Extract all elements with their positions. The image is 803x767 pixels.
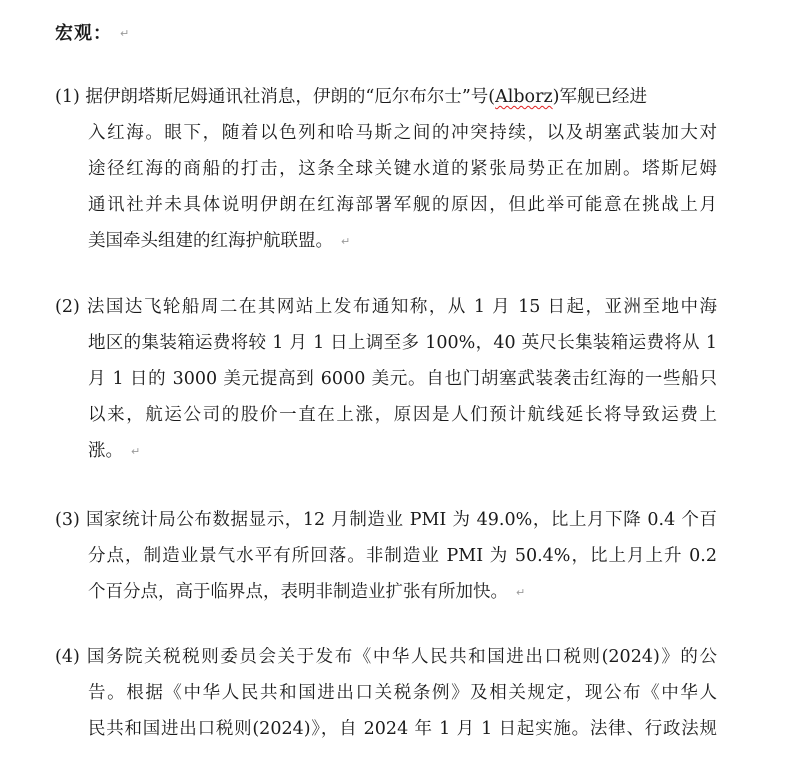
- paragraph-1[interactable]: (1) 据伊朗塔斯尼姆通讯社消息，伊朗的“厄尔布尔士”号(Alborz)军舰已经…: [55, 79, 717, 259]
- line-text: 据伊朗塔斯尼姆通讯社消息，伊朗的“厄尔布尔士”号: [85, 87, 488, 107]
- line-text: 法国达飞轮船周二在其网站上发布通知称，从 1 月 15 日起，亚洲至地中海: [87, 297, 717, 317]
- paragraph-line: (1) 据伊朗塔斯尼姆通讯社消息，伊朗的“厄尔布尔士”号(Alborz)军舰已经…: [55, 79, 717, 115]
- paragraph-line: (4) 国务院关税税则委员会关于发布《中华人民共和国进出口税则(2024)》的公: [55, 639, 717, 675]
- paragraph-number: (3): [55, 510, 80, 530]
- line-text: 国务院关税税则委员会关于发布《中华人民共和国进出口税则(2024)》的公: [87, 647, 717, 667]
- paragraph-mark-icon: ↵: [120, 27, 130, 40]
- paragraph-line: 地区的集装箱运费将较 1 月 1 日上调至多 100%，40 英尺长集装箱运费将…: [55, 325, 717, 361]
- paragraph-number: (2): [55, 297, 80, 317]
- paragraph-line: 途径红海的商船的打击，这条全球关键水道的紧张局势正在加剧。塔斯尼姆: [55, 151, 717, 187]
- paragraph-line: 入红海。眼下，随着以色列和哈马斯之间的冲突持续，以及胡塞武装加大对: [55, 115, 717, 151]
- paragraph-line: 美国牵头组建的红海护航联盟。↵: [55, 223, 717, 259]
- spellcheck-flagged-word[interactable]: Alborz: [495, 87, 553, 107]
- document-page: 宏观：↵ (1) 据伊朗塔斯尼姆通讯社消息，伊朗的“厄尔布尔士”号(Alborz…: [0, 0, 803, 767]
- heading-text: 宏观：: [55, 23, 112, 44]
- section-heading: 宏观：↵: [55, 20, 130, 48]
- paragraph-line: 分点，制造业景气水平有所回落。非制造业 PMI 为 50.4%，比上月上升 0.…: [55, 538, 717, 574]
- paragraph-3[interactable]: (3) 国家统计局公布数据显示，12 月制造业 PMI 为 49.0%，比上月下…: [55, 502, 717, 610]
- paragraph-number: (1): [55, 87, 80, 107]
- paragraph-2[interactable]: (2) 法国达飞轮船周二在其网站上发布通知称，从 1 月 15 日起，亚洲至地中…: [55, 289, 717, 469]
- paragraph-number: (4): [55, 647, 80, 667]
- paragraph-line: 通讯社并未具体说明伊朗在红海部署军舰的原因，但此举可能意在挑战上月: [55, 187, 717, 223]
- paragraph-line: (3) 国家统计局公布数据显示，12 月制造业 PMI 为 49.0%，比上月下…: [55, 502, 717, 538]
- paragraph-4[interactable]: (4) 国务院关税税则委员会关于发布《中华人民共和国进出口税则(2024)》的公…: [55, 639, 717, 747]
- paragraph-line: 月 1 日的 3000 美元提高到 6000 美元。自也门胡塞武装袭击红海的一些…: [55, 361, 717, 397]
- paragraph-line: 个百分点，高于临界点，表明非制造业扩张有所加快。↵: [55, 574, 717, 610]
- line-text: 国家统计局公布数据显示，12 月制造业 PMI 为 49.0%，比上月下降 0.…: [86, 510, 717, 530]
- paragraph-mark-icon: ↵: [131, 445, 140, 458]
- paragraph-line: 涨。↵: [55, 433, 717, 469]
- paragraph-mark-icon: ↵: [341, 235, 350, 248]
- paragraph-line: (2) 法国达飞轮船周二在其网站上发布通知称，从 1 月 15 日起，亚洲至地中…: [55, 289, 717, 325]
- paragraph-mark-icon: ↵: [516, 586, 525, 599]
- paragraph-line: 以来，航运公司的股价一直在上涨，原因是人们预计航线延长将导致运费上: [55, 397, 717, 433]
- paragraph-line: 民共和国进出口税则(2024)》，自 2024 年 1 月 1 日起实施。法律、…: [55, 711, 717, 747]
- paragraph-line: 告。根据《中华人民共和国进出口关税条例》及相关规定，现公布《中华人: [55, 675, 717, 711]
